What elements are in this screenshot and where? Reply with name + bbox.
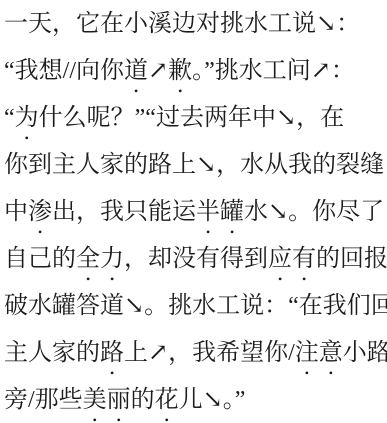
stressed-text: 应有 (268, 246, 316, 272)
text-segment: 一天，它在小溪边对挑水工说↘： (4, 11, 360, 37)
text-segment: 破水罐答道↘。挑水工说：“在我们回 (4, 293, 387, 319)
text-segment: 水↘。你尽了 (244, 199, 384, 225)
text-segment: 自己的 (4, 246, 76, 272)
text-segment: 。”挑水工问↗： (192, 58, 355, 84)
text-segment: “我想//向你 (4, 58, 124, 84)
text-line: 中渗出，我只能运半罐水↘。你尽了 (4, 189, 387, 236)
text-line: 你到主人家的路上↘，水从我的裂缝 (4, 142, 387, 189)
stressed-text: 为 (15, 105, 39, 131)
text-segment: 中 (4, 199, 28, 225)
text-segment: ，却没有得到 (124, 246, 268, 272)
text-segment: 你到主人家的路上↘，水从我的裂缝 (4, 152, 384, 178)
text-line: “我想//向你道↗歉。”挑水工问↗： (4, 48, 387, 95)
text-line: 一天，它在小溪边对挑水工说↘： (4, 1, 387, 48)
text-line: 自己的全力，却没有得到应有的回报。” (4, 236, 387, 283)
text-segment: 什么呢？”“过去两年中↘，在 (39, 105, 344, 131)
text-segment: 上↗，我希望你/ (124, 340, 295, 366)
stressed-text: 歉 (168, 58, 192, 84)
stressed-text: 渗 (28, 199, 52, 225)
reading-passage: 一天，它在小溪边对挑水工说↘：“我想//向你道↗歉。”挑水工问↗：“为什么呢？”… (4, 1, 387, 423)
text-line: 主人家的路上↗，我希望你/注意小路 (4, 330, 387, 377)
text-segment: 儿↘。” (179, 387, 246, 413)
text-segment: 旁/那些 (4, 387, 83, 413)
text-segment: 主人家的 (4, 340, 100, 366)
text-segment: “ (4, 105, 15, 131)
stressed-text: 路 (100, 340, 124, 366)
document-page: 一天，它在小溪边对挑水工说↘：“我想//向你道↗歉。”挑水工问↗：“为什么呢？”… (0, 0, 387, 423)
text-segment: 的回报。” (316, 246, 387, 272)
stressed-text: 花 (155, 387, 179, 413)
text-segment: ↗ (148, 58, 168, 84)
text-line: 破水罐答道↘。挑水工说：“在我们回 (4, 283, 387, 330)
stressed-text: 全力 (76, 246, 124, 272)
text-segment: 的 (131, 387, 155, 413)
stressed-text: 半罐 (196, 199, 244, 225)
text-segment: 小路 (343, 340, 387, 366)
stressed-text: 美丽 (83, 387, 131, 413)
text-segment: 出，我只能运 (52, 199, 196, 225)
text-line: 旁/那些美丽的花儿↘。” (4, 377, 387, 423)
stressed-text: 注意 (295, 340, 343, 366)
text-line: “为什么呢？”“过去两年中↘，在 (4, 95, 387, 142)
stressed-text: 道 (124, 58, 148, 84)
